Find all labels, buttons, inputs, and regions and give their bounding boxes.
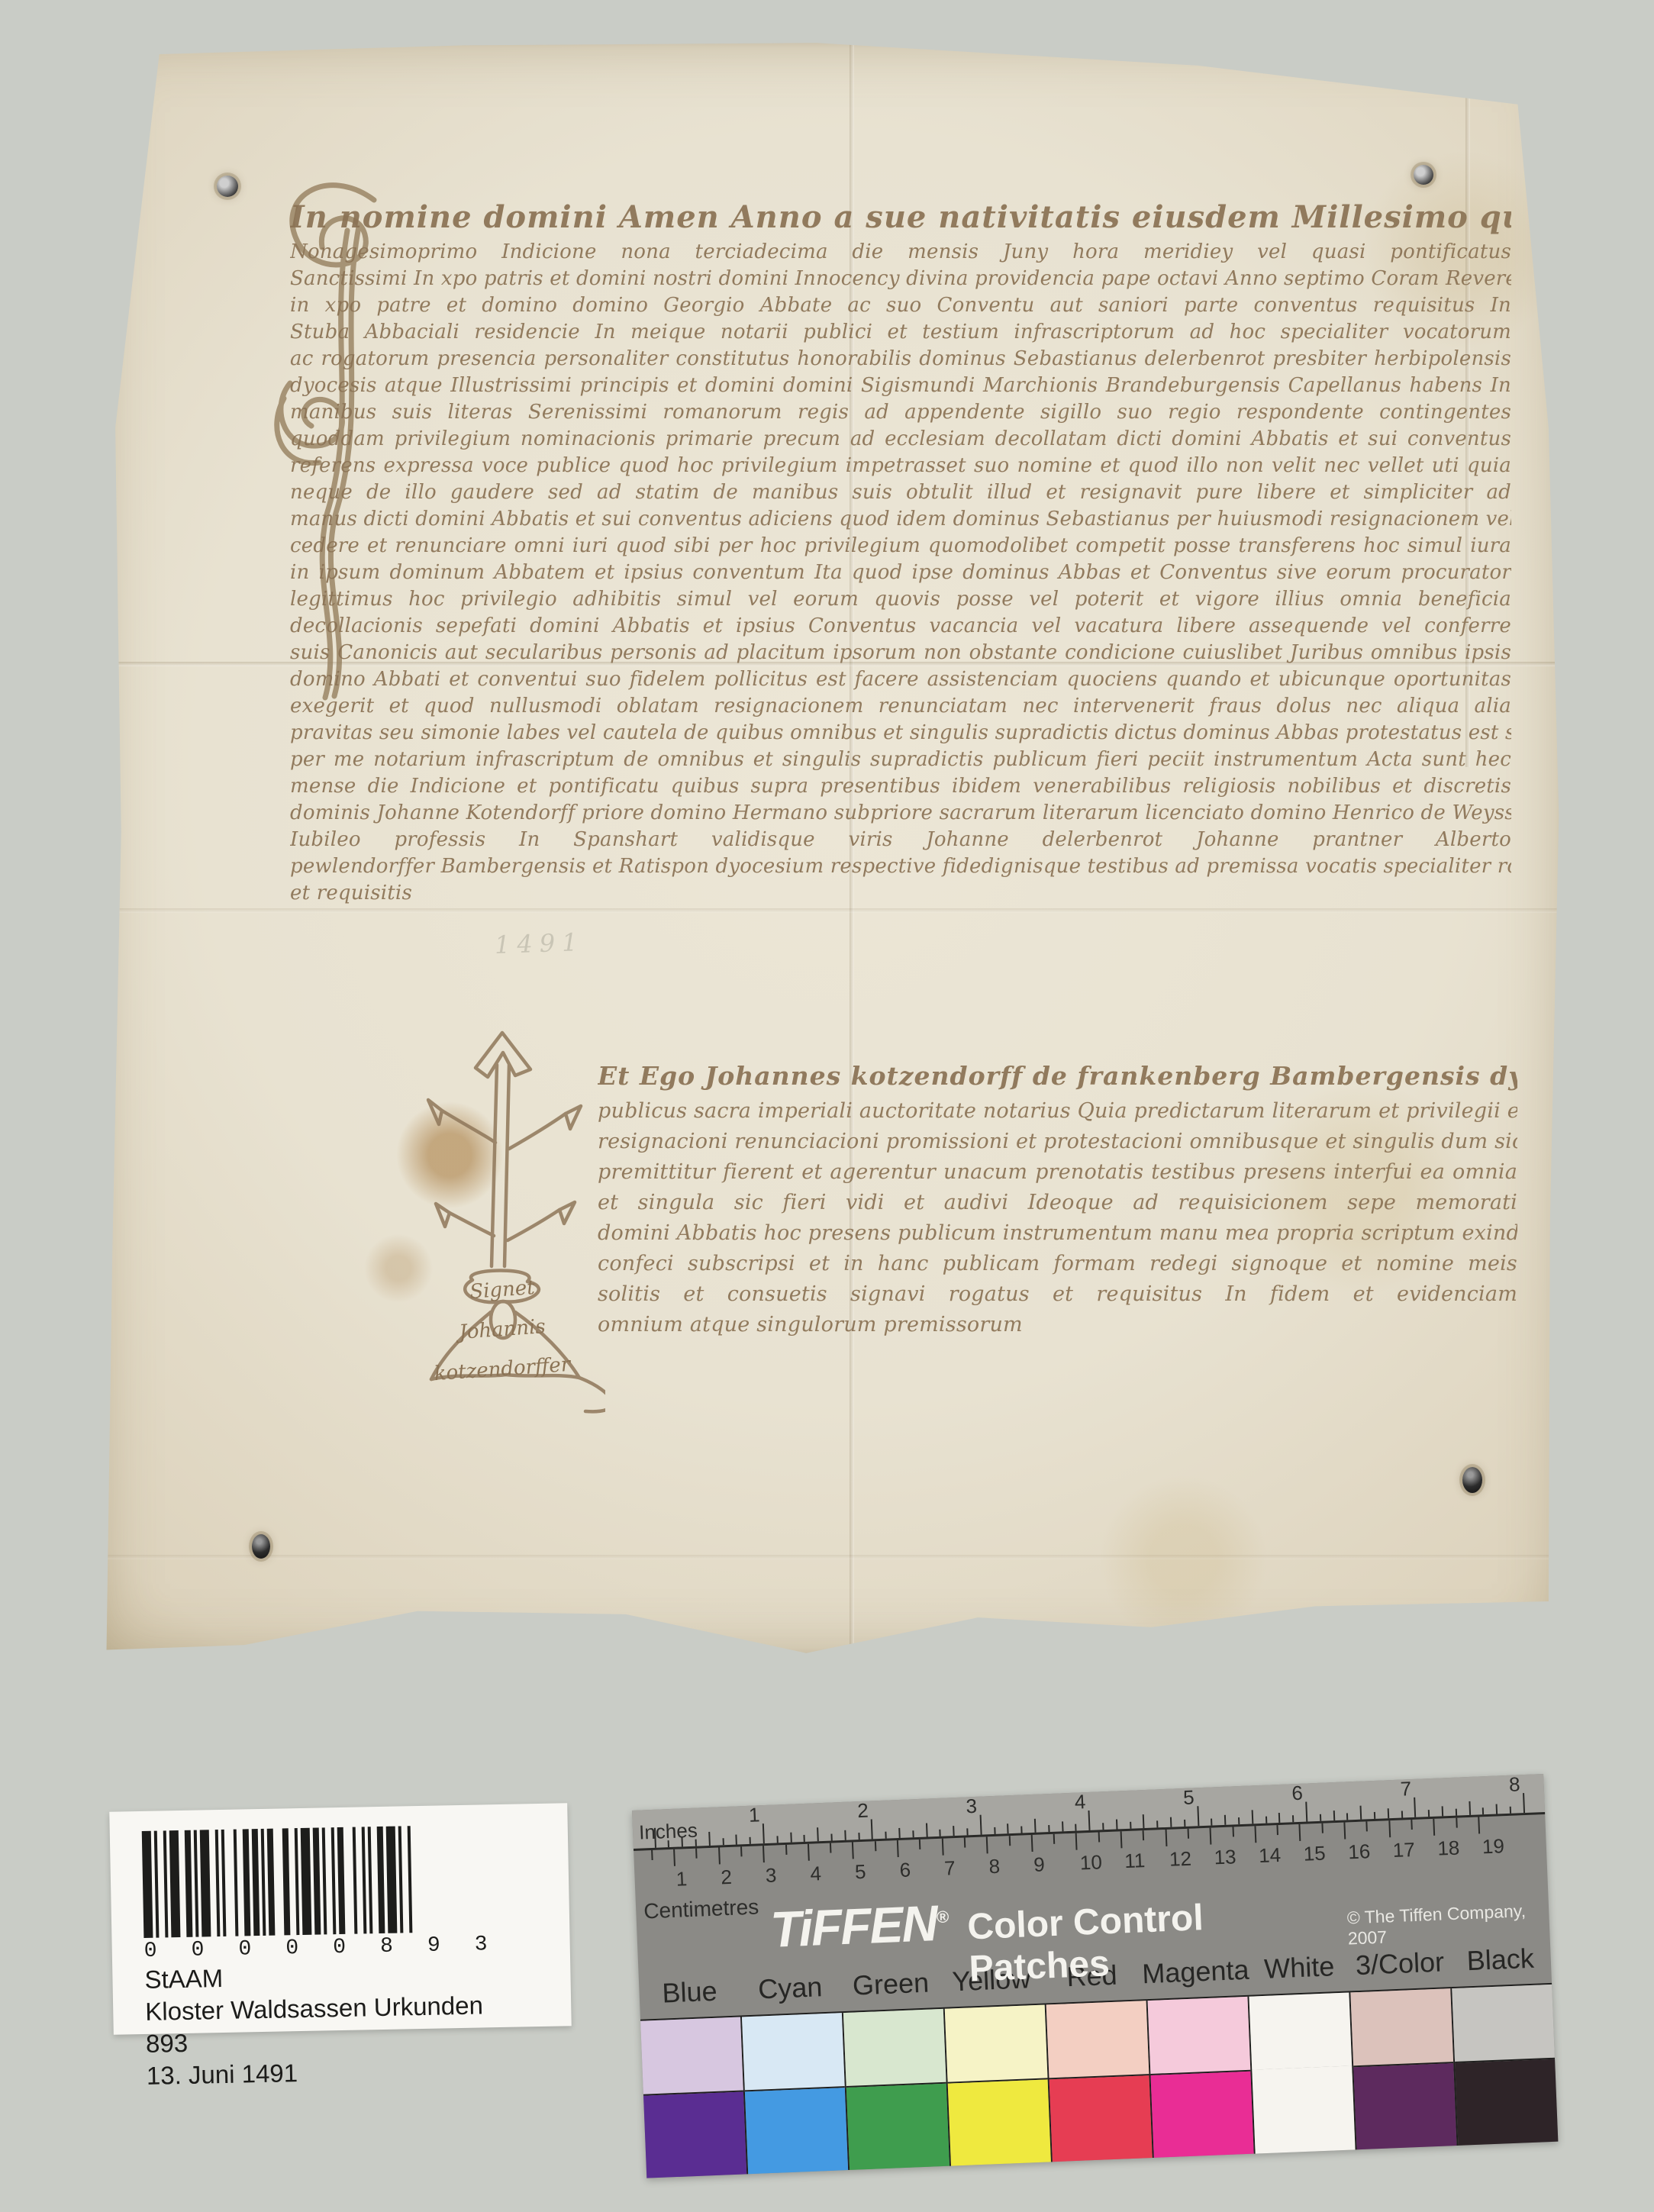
patch-swatch-light [843, 2009, 946, 2088]
cm-tick [1321, 1823, 1324, 1833]
cm-tick [763, 1846, 765, 1862]
inch-tick [1346, 1813, 1348, 1820]
registered-mark: ® [936, 1907, 947, 1927]
inch-tick [1184, 1820, 1185, 1827]
cm-number: 3 [765, 1863, 777, 1888]
inch-tick [1088, 1811, 1091, 1830]
inch-tick [1278, 1813, 1281, 1823]
patch-label: Blue [639, 1969, 741, 2022]
manuscript-line: manus dicti domini Abbatis et sui conven… [290, 506, 1511, 533]
cm-number: 18 [1437, 1836, 1460, 1861]
cm-number: 6 [899, 1858, 911, 1882]
inch-tick [1007, 1823, 1009, 1833]
cm-tick [1388, 1820, 1391, 1837]
manuscript-line: et requisitis [290, 880, 1511, 907]
subscription-line: publicus sacra imperiali auctoritate not… [598, 1096, 1517, 1127]
inch-tick [776, 1836, 778, 1843]
manuscript-line: in xpo patre et domino domino Georgio Ab… [290, 292, 1511, 319]
cm-tick [785, 1845, 787, 1855]
inch-tick [1224, 1815, 1227, 1825]
cm-tick [1366, 1821, 1369, 1831]
barcode-digit: 0 [285, 1936, 298, 1960]
cm-tick [808, 1844, 810, 1861]
subscription-line: confeci subscripsi et in hanc publicam f… [598, 1249, 1517, 1279]
patch-column-red [1046, 2001, 1154, 2162]
inch-tick [1130, 1822, 1131, 1829]
archive-label: 00000893 StAAMKloster Waldsassen Urkunde… [109, 1803, 571, 2034]
patch-column-blue [640, 2017, 748, 2178]
cm-tick [1433, 1819, 1435, 1836]
inch-tick [844, 1830, 846, 1840]
cm-tick [1277, 1825, 1279, 1835]
inch-tick [885, 1832, 887, 1839]
inch-number: 8 [1508, 1772, 1520, 1797]
subscription-line: solitis et consuetis signavi rogatus et … [598, 1279, 1517, 1310]
manuscript-line: per me notarium infrascriptum de omnibus… [290, 746, 1511, 773]
patch-column-magenta [1148, 1997, 1256, 2158]
cm-tick [830, 1843, 832, 1853]
manuscript-line: suis Canonicis aut secularibus personis … [290, 640, 1511, 666]
inch-tick [1305, 1802, 1307, 1822]
subscription-line: Et Ego Johannes kotzendorff de frankenbe… [598, 1056, 1517, 1096]
metal-pin-top-left [217, 176, 238, 197]
barcode-digit: 0 [238, 1937, 251, 1961]
manuscript-line: neque de illo gaudere sed ad statim de m… [290, 479, 1511, 506]
patch-swatch-dark [846, 2084, 950, 2170]
cm-tick [919, 1840, 921, 1849]
subscription-line: resignacioni renunciacioni promissioni e… [598, 1127, 1517, 1157]
patch-swatch-light [742, 2013, 845, 2091]
inch-tick [1116, 1819, 1118, 1829]
cm-number: 19 [1482, 1834, 1504, 1859]
charter-main-text: In nomine domini Amen Anno a sue nativit… [290, 196, 1511, 944]
manuscript-line: legittimus hoc privilegio adhibitis simu… [290, 586, 1511, 613]
cm-tick [1343, 1823, 1346, 1840]
inch-tick [1428, 1810, 1430, 1817]
cm-tick [941, 1839, 943, 1856]
patch-swatch-dark [1252, 2065, 1355, 2153]
patch-swatch-dark [948, 2079, 1051, 2165]
inch-number: 4 [1074, 1790, 1086, 1814]
inch-tick [695, 1840, 697, 1846]
inch-tick [1469, 1801, 1471, 1815]
inch-tick [1414, 1798, 1417, 1817]
inch-number: 2 [857, 1799, 869, 1823]
cm-tick [875, 1841, 877, 1851]
inch-tick [1292, 1815, 1294, 1822]
cm-tick [1187, 1829, 1189, 1839]
cm-tick [1098, 1832, 1100, 1842]
cm-tick [897, 1840, 899, 1857]
inch-number: 1 [748, 1803, 760, 1827]
cm-number: 16 [1348, 1840, 1371, 1864]
subscription-line: et singula sic fieri vidi et audivi Ideo… [598, 1188, 1517, 1218]
cm-tick [852, 1842, 854, 1859]
inch-tick [858, 1833, 859, 1840]
cm-tick [1143, 1830, 1145, 1840]
inch-tick [979, 1815, 982, 1835]
cm-tick [1120, 1831, 1123, 1848]
cm-tick [1232, 1827, 1234, 1836]
cm-tick [964, 1838, 966, 1848]
barcode-digit: 0 [191, 1938, 204, 1962]
patch-swatch-light [1452, 1985, 1555, 2063]
inch-tick [1238, 1817, 1240, 1824]
manuscript-line: in ipsum dominum Abbatem et ipsius conve… [290, 559, 1511, 586]
inch-tick [1211, 1818, 1212, 1825]
manuscript-line: Sanctissimi In xpo patris et domini nost… [290, 266, 1511, 292]
patch-swatch-dark [745, 2088, 848, 2174]
manuscript-line: quoddam privilegium nominacionis primari… [290, 426, 1511, 453]
inch-tick [817, 1827, 819, 1841]
inch-tick [1456, 1809, 1457, 1816]
patch-swatch-light [1350, 1988, 1453, 2067]
cm-tick [673, 1849, 675, 1866]
inch-tick [871, 1819, 873, 1839]
manuscript-line: decollacionis sepefati domini Abbatis et… [290, 613, 1511, 640]
inch-tick [1374, 1812, 1375, 1819]
inch-tick [940, 1830, 941, 1836]
patch-column-black [1452, 1985, 1558, 2146]
inch-tick [1442, 1806, 1444, 1816]
subscription-line: omnium atque singulorum premissorum [598, 1310, 1517, 1340]
cm-tick [1165, 1830, 1167, 1846]
inch-number: 6 [1291, 1782, 1304, 1806]
centimetres-label: Centimetres [643, 1894, 759, 1923]
tiffen-color-control-card: Inches 12345678 123456789101112131415161… [632, 1774, 1558, 2178]
cm-number: 8 [988, 1855, 1001, 1879]
manuscript-line: Stuba Abbaciali residencie In meique not… [290, 319, 1511, 346]
inch-tick [926, 1823, 928, 1836]
inch-tick [1387, 1808, 1389, 1818]
subscription-line: premittitur fierent et agerentur unacum … [598, 1157, 1517, 1188]
metal-pin-bottom-left [252, 1534, 270, 1559]
inch-number: 5 [1183, 1785, 1195, 1810]
manuscript-line: ac rogatorum presencia personaliter cons… [290, 346, 1511, 372]
inch-tick [1401, 1811, 1402, 1817]
patch-swatch-light [640, 2017, 743, 2096]
inch-tick [1510, 1807, 1511, 1814]
cm-tick [986, 1836, 988, 1853]
inch-tick [1251, 1810, 1253, 1823]
manuscript-line: Nonagesimoprimo Indicione nona terciadec… [290, 239, 1511, 266]
cm-number: 10 [1079, 1850, 1102, 1875]
cm-tick [1254, 1826, 1256, 1843]
inch-tick [1020, 1826, 1022, 1833]
inch-tick [1496, 1804, 1498, 1814]
cm-tick [1031, 1835, 1033, 1852]
cm-number: 9 [1033, 1852, 1046, 1877]
barcode [142, 1824, 488, 1938]
inch-tick [1333, 1811, 1335, 1820]
notarial-subscription-text: Et Ego Johannes kotzendorff de frankenbe… [598, 1056, 1517, 1346]
cm-tick [1456, 1818, 1458, 1828]
parchment-charter: In nomine domini Amen Anno a sue nativit… [98, 40, 1565, 1656]
tiffen-logo: TiFFEN® [769, 1894, 949, 1959]
inch-tick [966, 1828, 968, 1835]
cm-tick [1053, 1834, 1056, 1844]
manuscript-line: mense die Indicione et pontificatu quibu… [290, 773, 1511, 800]
cm-number: 11 [1124, 1849, 1146, 1873]
metal-pin-bottom-right [1462, 1467, 1482, 1493]
cm-number: 1 [675, 1867, 688, 1891]
cm-number: 17 [1392, 1838, 1415, 1862]
inch-tick [722, 1838, 724, 1845]
inch-tick [668, 1840, 669, 1847]
cm-tick [740, 1846, 743, 1856]
inch-tick [736, 1834, 738, 1844]
patch-swatch-dark [1455, 2059, 1558, 2146]
patch-column-3-color [1350, 1988, 1458, 2149]
card-title: Color Control Patches [966, 1892, 1320, 1990]
manuscript-line: In nomine domini Amen Anno a sue nativit… [290, 196, 1511, 239]
inch-tick [1156, 1820, 1158, 1827]
inch-tick [994, 1827, 995, 1834]
manuscript-line: exegerit et quod nullusmodi oblatam resi… [290, 693, 1511, 720]
patch-swatch-light [1046, 2001, 1149, 2079]
patch-swatch-light [1148, 1997, 1251, 2075]
archive-label-text: StAAMKloster Waldsassen Urkunden89313. J… [144, 1957, 485, 2091]
patch-column-green [843, 2009, 951, 2170]
cm-number: 5 [854, 1860, 866, 1885]
cm-tick [1210, 1828, 1212, 1845]
cm-tick [1299, 1824, 1301, 1841]
patch-swatch-dark [1353, 2063, 1456, 2149]
patch-swatch-light [945, 2005, 1048, 2084]
inch-tick [912, 1830, 914, 1837]
cm-number: 4 [810, 1862, 822, 1886]
barcode-digit: 9 [427, 1933, 440, 1957]
inch-tick [1102, 1823, 1104, 1830]
inch-tick [763, 1823, 765, 1843]
inch-tick [708, 1832, 711, 1846]
inch-tick [953, 1826, 955, 1836]
inch-tick [898, 1828, 901, 1838]
barcode-digit: 0 [333, 1936, 346, 1959]
inch-tick [750, 1837, 751, 1844]
inch-tick [1062, 1821, 1064, 1831]
fold-crease-horizontal-lower [98, 1555, 1565, 1559]
cm-tick [695, 1849, 698, 1859]
cm-number: 12 [1169, 1847, 1191, 1872]
manuscript-line: Iubileo professis In Spanshart validisqu… [290, 827, 1511, 853]
cm-tick [1411, 1820, 1413, 1830]
inch-tick [830, 1833, 832, 1840]
cm-tick [1478, 1817, 1480, 1833]
patch-column-cyan [742, 2013, 850, 2174]
cm-tick [1008, 1836, 1011, 1846]
inch-tick [1143, 1814, 1145, 1828]
card-copyright: © The Tiffen Company, 2007 [1346, 1900, 1550, 1949]
inch-tick [1048, 1825, 1049, 1832]
inch-tick [804, 1835, 805, 1842]
inch-tick [1360, 1806, 1362, 1820]
cm-tick [1075, 1833, 1078, 1850]
manuscript-line: domino Abbati et conventui suo fidelem p… [290, 666, 1511, 693]
metal-pin-top-right [1414, 165, 1433, 185]
patch-swatch-light [1249, 1992, 1352, 2069]
cm-tick [651, 1850, 653, 1860]
manuscript-line: cedere et renunciare omni iuri quod sibi… [290, 533, 1511, 559]
barcode-digit: 3 [475, 1933, 488, 1956]
inch-tick [790, 1833, 792, 1843]
inch-number: 3 [966, 1794, 978, 1819]
cm-number: 2 [721, 1865, 733, 1890]
patch-swatch-dark [1150, 2072, 1253, 2158]
archive-label-line: 13. Juni 1491 [147, 2053, 485, 2091]
inch-number: 7 [1400, 1777, 1412, 1801]
inch-tick [1523, 1793, 1525, 1813]
patch-column-white [1249, 1992, 1356, 2153]
cm-tick [718, 1847, 721, 1864]
barcode-digit: 8 [380, 1935, 393, 1959]
inch-tick [1075, 1824, 1077, 1831]
archive-label-line: Kloster Waldsassen Urkunden [145, 1989, 483, 2027]
manuscript-line: pewlendorffer Bambergensis et Ratispon d… [290, 853, 1511, 880]
subscription-line: domini Abbatis hoc presens publicum inst… [598, 1218, 1517, 1249]
cm-number: 15 [1303, 1842, 1326, 1866]
inch-tick [1320, 1814, 1321, 1821]
inch-tick [1482, 1807, 1484, 1814]
inch-tick [1034, 1819, 1037, 1833]
manuscript-line: manibus suis literas Serenissimi romanor… [290, 399, 1511, 426]
cm-number: 7 [944, 1856, 956, 1881]
manuscript-line: dominis Johanne Kotendorff priore domino… [290, 800, 1511, 827]
barcode-digit: 0 [143, 1940, 156, 1963]
manuscript-line: pravitas seu simonie labes vel cautela d… [290, 720, 1511, 746]
cm-number: 14 [1259, 1843, 1282, 1868]
inch-tick [1170, 1817, 1172, 1827]
inch-tick [1265, 1817, 1267, 1823]
patch-column-yellow [945, 2004, 1053, 2165]
inch-tick [1197, 1806, 1199, 1826]
manuscript-line: referens expressa voce publice quod hoc … [290, 453, 1511, 479]
cm-number: 13 [1214, 1845, 1236, 1869]
patch-swatch-dark [1049, 2075, 1153, 2162]
notary-signum: SignetJohanniskotzendorffer [399, 1021, 605, 1417]
patch-swatch-dark [643, 2091, 746, 2178]
manuscript-line: dyocesis atque Illustrissimi principis e… [290, 372, 1511, 399]
digitized-charter-photo: { "page": { "background": "#c9ccc6" }, "… [0, 0, 1654, 2212]
faint-pencil-note: 1491 [494, 927, 585, 959]
